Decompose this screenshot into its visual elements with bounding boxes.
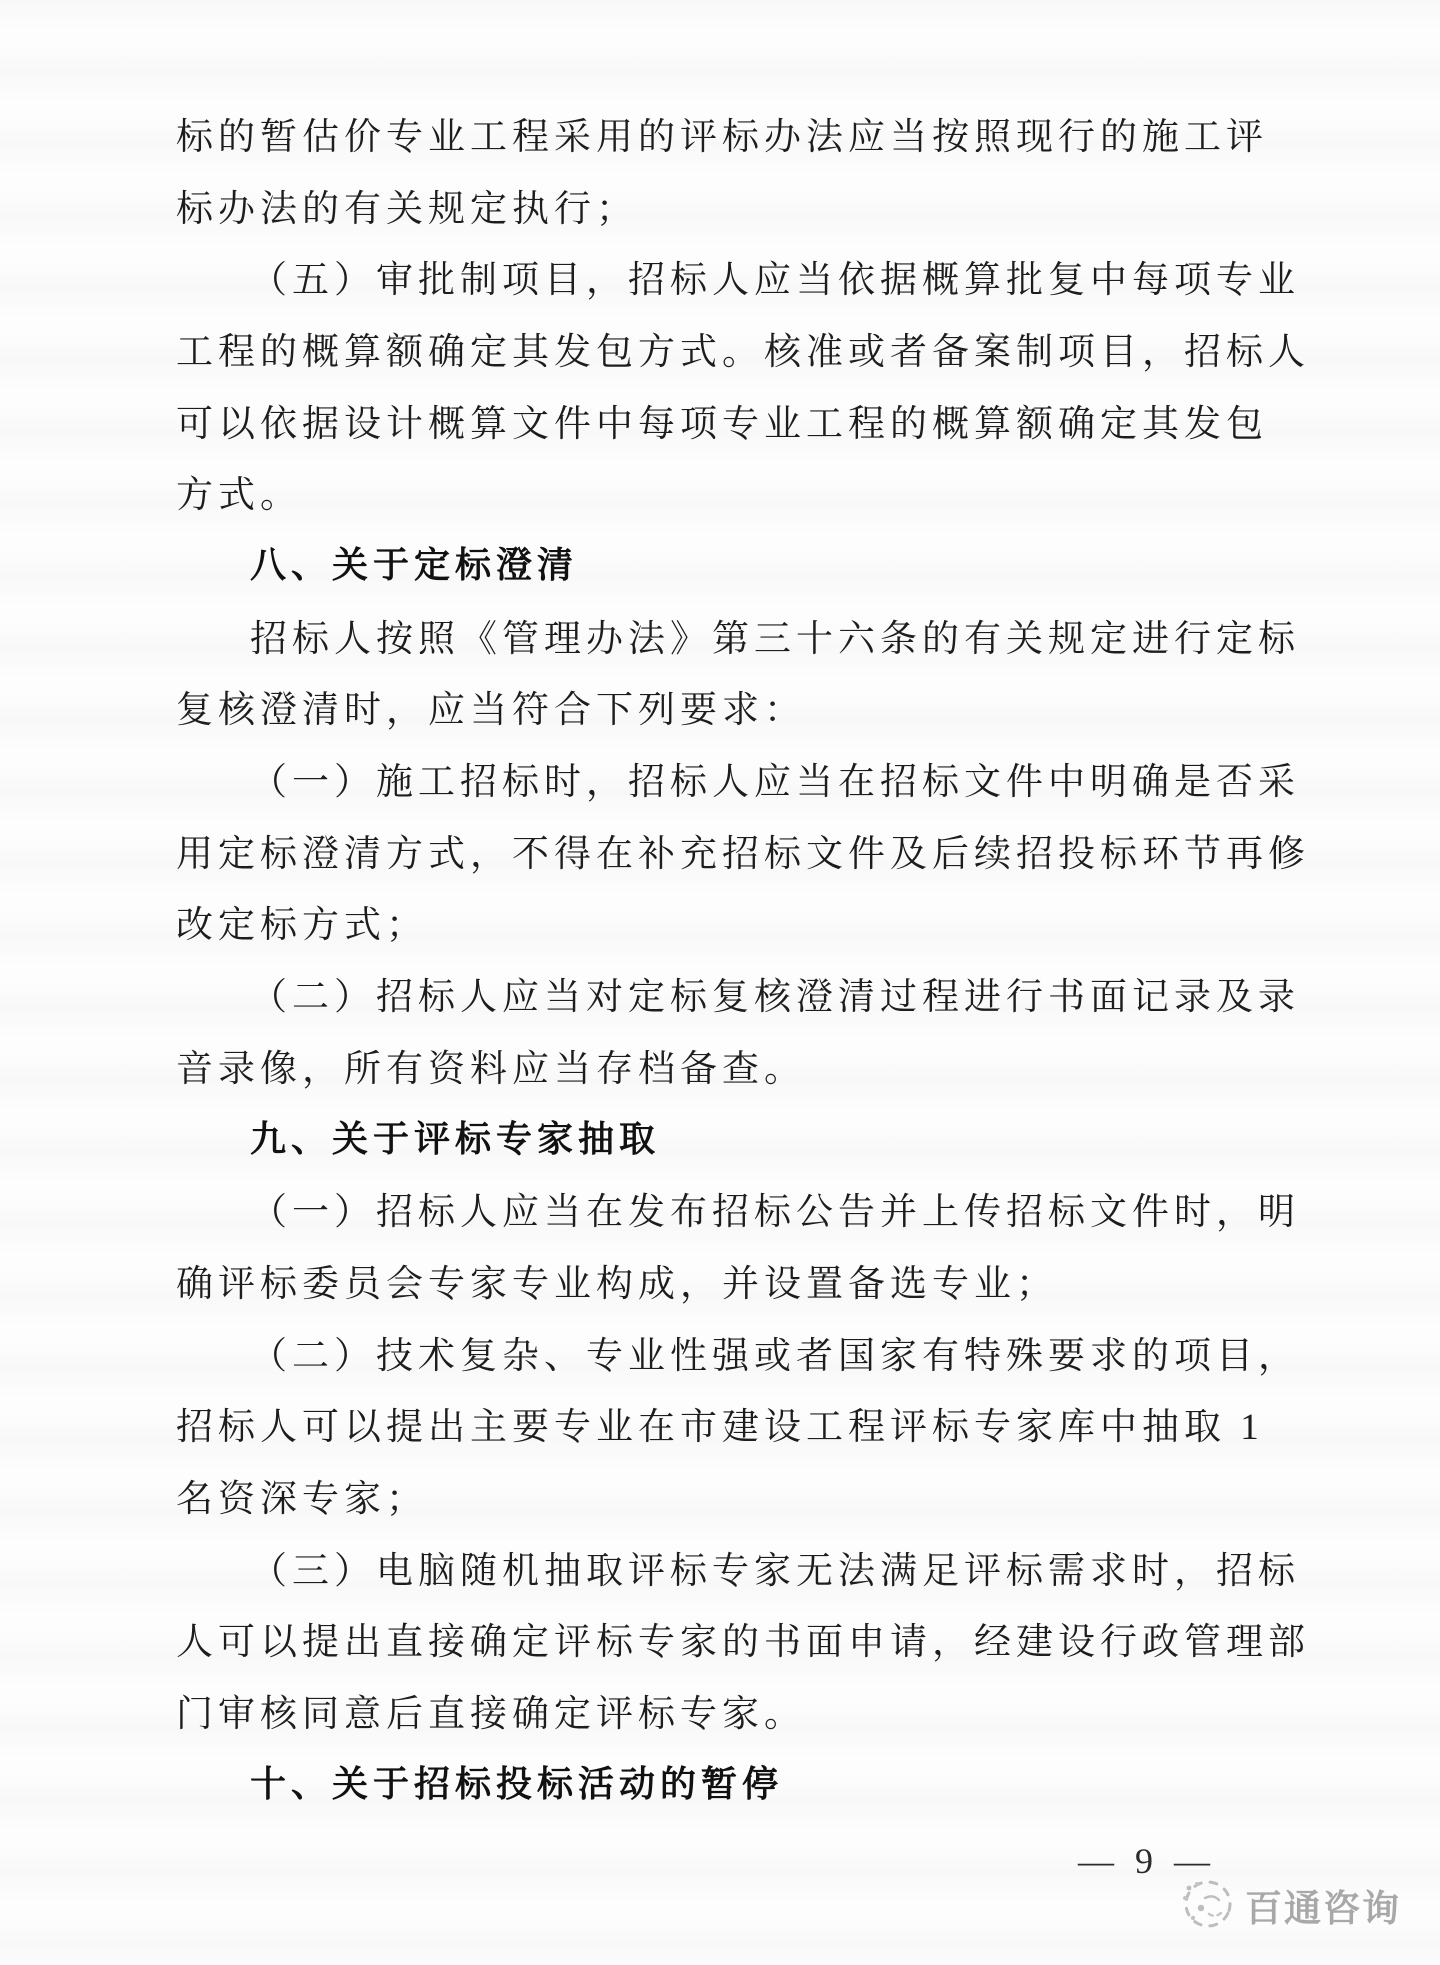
text-line: 标办法的有关规定执行； bbox=[176, 169, 1316, 241]
section-heading: 十、关于招标投标活动的暂停 bbox=[176, 1746, 1316, 1818]
text-line: 标的暂估价专业工程采用的评标办法应当按照现行的施工评 bbox=[176, 97, 1316, 169]
text-line: （五）审批制项目，招标人应当依据概算批复中每项专业 bbox=[176, 240, 1316, 312]
text-line: 确评标委员会专家专业构成，并设置备选专业； bbox=[176, 1244, 1316, 1316]
section-heading: 九、关于评标专家抽取 bbox=[176, 1101, 1316, 1173]
watermark: 百通咨询 bbox=[1175, 1874, 1401, 1936]
text-line: 改定标方式； bbox=[176, 886, 1316, 958]
text-line: 工程的概算额确定其发包方式。核准或者备案制项目，招标人 bbox=[176, 312, 1316, 384]
document-body: 标的暂估价专业工程采用的评标办法应当按照现行的施工评标办法的有关规定执行；（五）… bbox=[176, 97, 1316, 1818]
text-line: 方式。 bbox=[176, 455, 1316, 527]
section-heading: 八、关于定标澄清 bbox=[176, 527, 1316, 599]
text-line: 招标人按照《管理办法》第三十六条的有关规定进行定标 bbox=[176, 599, 1316, 671]
text-line: （一）施工招标时，招标人应当在招标文件中明确是否采 bbox=[176, 742, 1316, 814]
watermark-label: 百通咨询 bbox=[1245, 1878, 1401, 1932]
text-line: （一）招标人应当在发布招标公告并上传招标文件时，明 bbox=[176, 1172, 1316, 1244]
text-line: 招标人可以提出主要专业在市建设工程评标专家库中抽取 1 bbox=[176, 1387, 1316, 1459]
document-page: 标的暂估价专业工程采用的评标办法应当按照现行的施工评标办法的有关规定执行；（五）… bbox=[0, 0, 1440, 1965]
text-line: 用定标澄清方式，不得在补充招标文件及后续招投标环节再修 bbox=[176, 814, 1316, 886]
text-line: 复核澄清时，应当符合下列要求： bbox=[176, 671, 1316, 743]
text-line: 人可以提出直接确定评标专家的书面申请，经建设行政管理部 bbox=[176, 1602, 1316, 1674]
watermark-logo-icon bbox=[1175, 1874, 1237, 1936]
text-line: （二）技术复杂、专业性强或者国家有特殊要求的项目， bbox=[176, 1316, 1316, 1388]
text-line: 门审核同意后直接确定评标专家。 bbox=[176, 1674, 1316, 1746]
text-line: 音录像，所有资料应当存档备查。 bbox=[176, 1029, 1316, 1101]
text-line: （三）电脑随机抽取评标专家无法满足评标需求时，招标 bbox=[176, 1531, 1316, 1603]
text-line: （二）招标人应当对定标复核澄清过程进行书面记录及录 bbox=[176, 957, 1316, 1029]
text-line: 名资深专家； bbox=[176, 1459, 1316, 1531]
text-line: 可以依据设计概算文件中每项专业工程的概算额确定其发包 bbox=[176, 384, 1316, 456]
